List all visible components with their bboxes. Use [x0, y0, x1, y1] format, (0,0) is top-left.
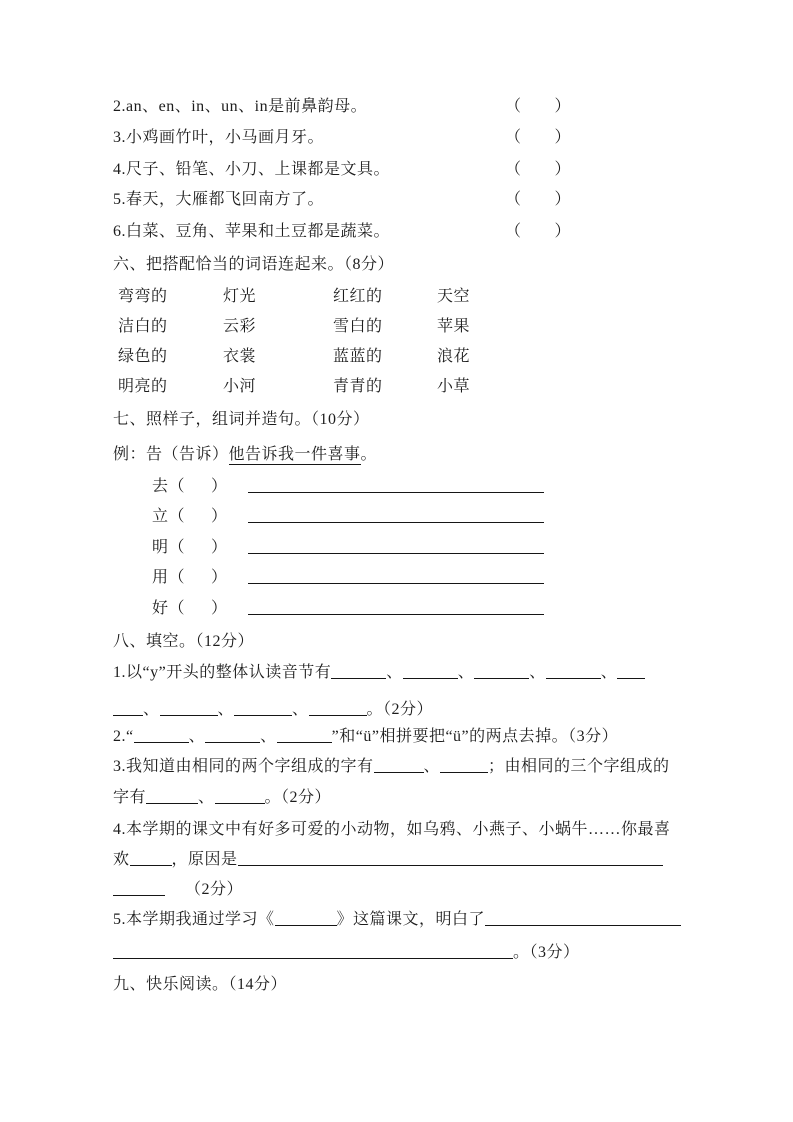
blank-line: [215, 786, 265, 804]
match-word: 蓝蓝的: [333, 345, 437, 369]
answer-brackets: （）: [505, 220, 571, 244]
separator: 、: [218, 701, 235, 718]
judge-item-text: 2.an、en、in、un、in是前鼻韵母。: [113, 98, 367, 115]
bracket-close: ）: [554, 220, 571, 244]
fill-text: 1.以“y”开头的整体认读音节有: [113, 664, 331, 681]
fill-item-3-line-1: 3.我知道由相同的两个字组成的字有、；由相同的三个字组成的: [113, 755, 670, 779]
blank-line: [146, 786, 198, 804]
compose-row: 用（）: [152, 566, 544, 590]
example-period: 。: [361, 446, 378, 463]
fill-text: 。（2分）: [265, 789, 332, 806]
fill-text: ，原因是: [172, 851, 238, 868]
blank-line: [248, 536, 544, 554]
judge-item: 5.春天，大雁都飞回南方了。 （）: [113, 188, 324, 212]
match-word: 衣裳: [223, 345, 333, 369]
bracket-open: （: [505, 158, 522, 182]
fill-text: 。（3分）: [513, 944, 580, 961]
match-row: 洁白的 云彩 雪白的 苹果: [118, 315, 578, 339]
fill-text: 5.本学期我通过学习《: [113, 911, 275, 928]
bracket-open: （: [169, 478, 186, 495]
bracket-close: ）: [211, 600, 228, 617]
separator: 、: [143, 701, 160, 718]
match-word: 明亮的: [118, 375, 223, 399]
answer-brackets: （）: [505, 95, 571, 119]
example-sentence: 他告诉我一件喜事: [229, 446, 361, 465]
blank-line: [113, 698, 143, 716]
section-nine-title: 九、快乐阅读。（14分）: [113, 973, 287, 997]
fill-text: 欢: [113, 851, 130, 868]
blank-line: [248, 597, 544, 615]
judge-item: 2.an、en、in、un、in是前鼻韵母。 （）: [113, 95, 367, 119]
separator: 、: [424, 758, 441, 775]
bracket-open: （: [505, 188, 522, 212]
match-row: 明亮的 小河 青青的 小草: [118, 375, 578, 399]
fill-item-2: 2.“、、”和“ü”相拼要把“ü”的两点去掉。（3分）: [113, 725, 618, 749]
answer-brackets: （）: [505, 126, 571, 150]
judge-item-text: 3.小鸡画竹叶，小马画月牙。: [113, 129, 324, 146]
match-word: 云彩: [223, 315, 333, 339]
blank-line: [130, 848, 172, 866]
fill-item-1-line-1: 1.以“y”开头的整体认读音节有、、、、: [113, 661, 645, 685]
bracket-open: （: [169, 600, 186, 617]
compose-row: 立（）: [152, 505, 544, 529]
bracket-open: （: [169, 508, 186, 525]
blank-line: [113, 878, 165, 896]
fill-text: ”和“ü”相拼要把“ü”的两点去掉。（3分）: [332, 728, 619, 745]
blank-line: [134, 725, 189, 743]
bracket-close: ）: [554, 158, 571, 182]
blank-line: [248, 566, 544, 584]
match-word: 小河: [223, 375, 333, 399]
blank-line: [403, 661, 458, 679]
blank-line: [205, 725, 260, 743]
match-word: 浪花: [437, 345, 578, 369]
bracket-open: （: [505, 126, 522, 150]
blank-line: [546, 661, 601, 679]
judge-item-text: 5.春天，大雁都飞回南方了。: [113, 191, 324, 208]
separator: 、: [386, 664, 403, 681]
compose-char: 用: [152, 569, 169, 586]
fill-item-4-line-1: 4.本学期的课文中有好多可爱的小动物，如乌鸦、小燕子、小蜗牛……你最喜: [113, 818, 671, 842]
fill-item-5-line-2: 。（3分）: [113, 941, 580, 965]
compose-char: 好: [152, 600, 169, 617]
blank-line: [309, 698, 367, 716]
match-word: 小草: [437, 375, 578, 399]
fill-text: ；由相同的三个字组成的: [488, 758, 670, 775]
separator: 、: [529, 664, 546, 681]
match-word: 洁白的: [118, 315, 223, 339]
fill-item-4-line-2: 欢，原因是: [113, 848, 663, 872]
separator: 、: [601, 664, 618, 681]
match-word: 雪白的: [333, 315, 437, 339]
judge-item: 6.白菜、豆角、苹果和土豆都是蔬菜。 （）: [113, 220, 390, 244]
compose-row: 明（）: [152, 536, 544, 560]
blank-line: [275, 908, 337, 926]
bracket-open: （: [169, 539, 186, 556]
separator: 、: [260, 728, 277, 745]
fill-item-1-line-2: 、、、。（2分）: [113, 698, 433, 722]
judge-item: 4.尺子、铅笔、小刀、上课都是文具。 （）: [113, 158, 390, 182]
match-row: 弯弯的 灯光 红红的 天空: [118, 285, 578, 309]
answer-brackets: （）: [505, 188, 571, 212]
match-word: 苹果: [437, 315, 578, 339]
section-eight-title: 八、填空。（12分）: [113, 630, 254, 654]
bracket-close: ）: [211, 508, 228, 525]
separator: 、: [198, 789, 215, 806]
blank-line: [160, 698, 218, 716]
compose-row: 好（）: [152, 597, 544, 621]
judge-item-text: 4.尺子、铅笔、小刀、上课都是文具。: [113, 161, 390, 178]
section-six-title: 六、把搭配恰当的词语连起来。（8分）: [113, 253, 394, 277]
fill-text: （2分）: [185, 881, 243, 898]
blank-line: [440, 755, 488, 773]
blank-line: [277, 725, 332, 743]
blank-line: [331, 661, 386, 679]
match-word: 红红的: [333, 285, 437, 309]
separator: 、: [458, 664, 475, 681]
fill-text: 4.本学期的课文中有好多可爱的小动物，如乌鸦、小燕子、小蜗牛……你最喜: [113, 821, 671, 838]
match-word: 灯光: [223, 285, 333, 309]
blank-line: [374, 755, 424, 773]
blank-line: [617, 661, 645, 679]
bracket-close: ）: [554, 126, 571, 150]
bracket-close: ）: [211, 478, 228, 495]
exam-page: 2.an、en、in、un、in是前鼻韵母。 （） 3.小鸡画竹叶，小马画月牙。…: [0, 0, 793, 1122]
blank-line: [234, 698, 292, 716]
match-word: 弯弯的: [118, 285, 223, 309]
separator: 、: [292, 701, 309, 718]
compose-char: 去: [152, 478, 169, 495]
fill-text: 。（2分）: [367, 701, 434, 718]
bracket-open: （: [169, 569, 186, 586]
example-line: 例：告（告诉）他告诉我一件喜事。: [113, 443, 377, 467]
bracket-open: （: [505, 95, 522, 119]
fill-item-3-line-2: 字有、。（2分）: [113, 786, 331, 810]
fill-text: 3.我知道由相同的两个字组成的字有: [113, 758, 374, 775]
blank-line: [485, 908, 681, 926]
judge-item-text: 6.白菜、豆角、苹果和土豆都是蔬菜。: [113, 223, 390, 240]
fill-item-4-line-3: （2分）: [113, 878, 243, 902]
answer-brackets: （）: [505, 158, 571, 182]
section-seven-title: 七、照样子，组词并造句。（10分）: [113, 408, 370, 432]
blank-line: [238, 848, 663, 866]
bracket-close: ）: [554, 188, 571, 212]
blank-line: [474, 661, 529, 679]
fill-text: 2.“: [113, 728, 134, 745]
bracket-open: （: [505, 220, 522, 244]
separator: 、: [189, 728, 206, 745]
match-word: 天空: [437, 285, 578, 309]
blank-line: [113, 941, 513, 959]
fill-text: 字有: [113, 789, 146, 806]
blank-line: [248, 505, 544, 523]
blank-line: [248, 475, 544, 493]
compose-row: 去（）: [152, 475, 544, 499]
bracket-close: ）: [211, 569, 228, 586]
match-row: 绿色的 衣裳 蓝蓝的 浪花: [118, 345, 578, 369]
fill-text: 》这篇课文，明白了: [337, 911, 486, 928]
match-word: 绿色的: [118, 345, 223, 369]
bracket-close: ）: [211, 539, 228, 556]
fill-item-5-line-1: 5.本学期我通过学习《》这篇课文，明白了: [113, 908, 681, 932]
bracket-close: ）: [554, 95, 571, 119]
compose-char: 明: [152, 539, 169, 556]
judge-item: 3.小鸡画竹叶，小马画月牙。 （）: [113, 126, 324, 150]
compose-char: 立: [152, 508, 169, 525]
match-word: 青青的: [333, 375, 437, 399]
example-prefix: 例：告（告诉）: [113, 446, 229, 463]
